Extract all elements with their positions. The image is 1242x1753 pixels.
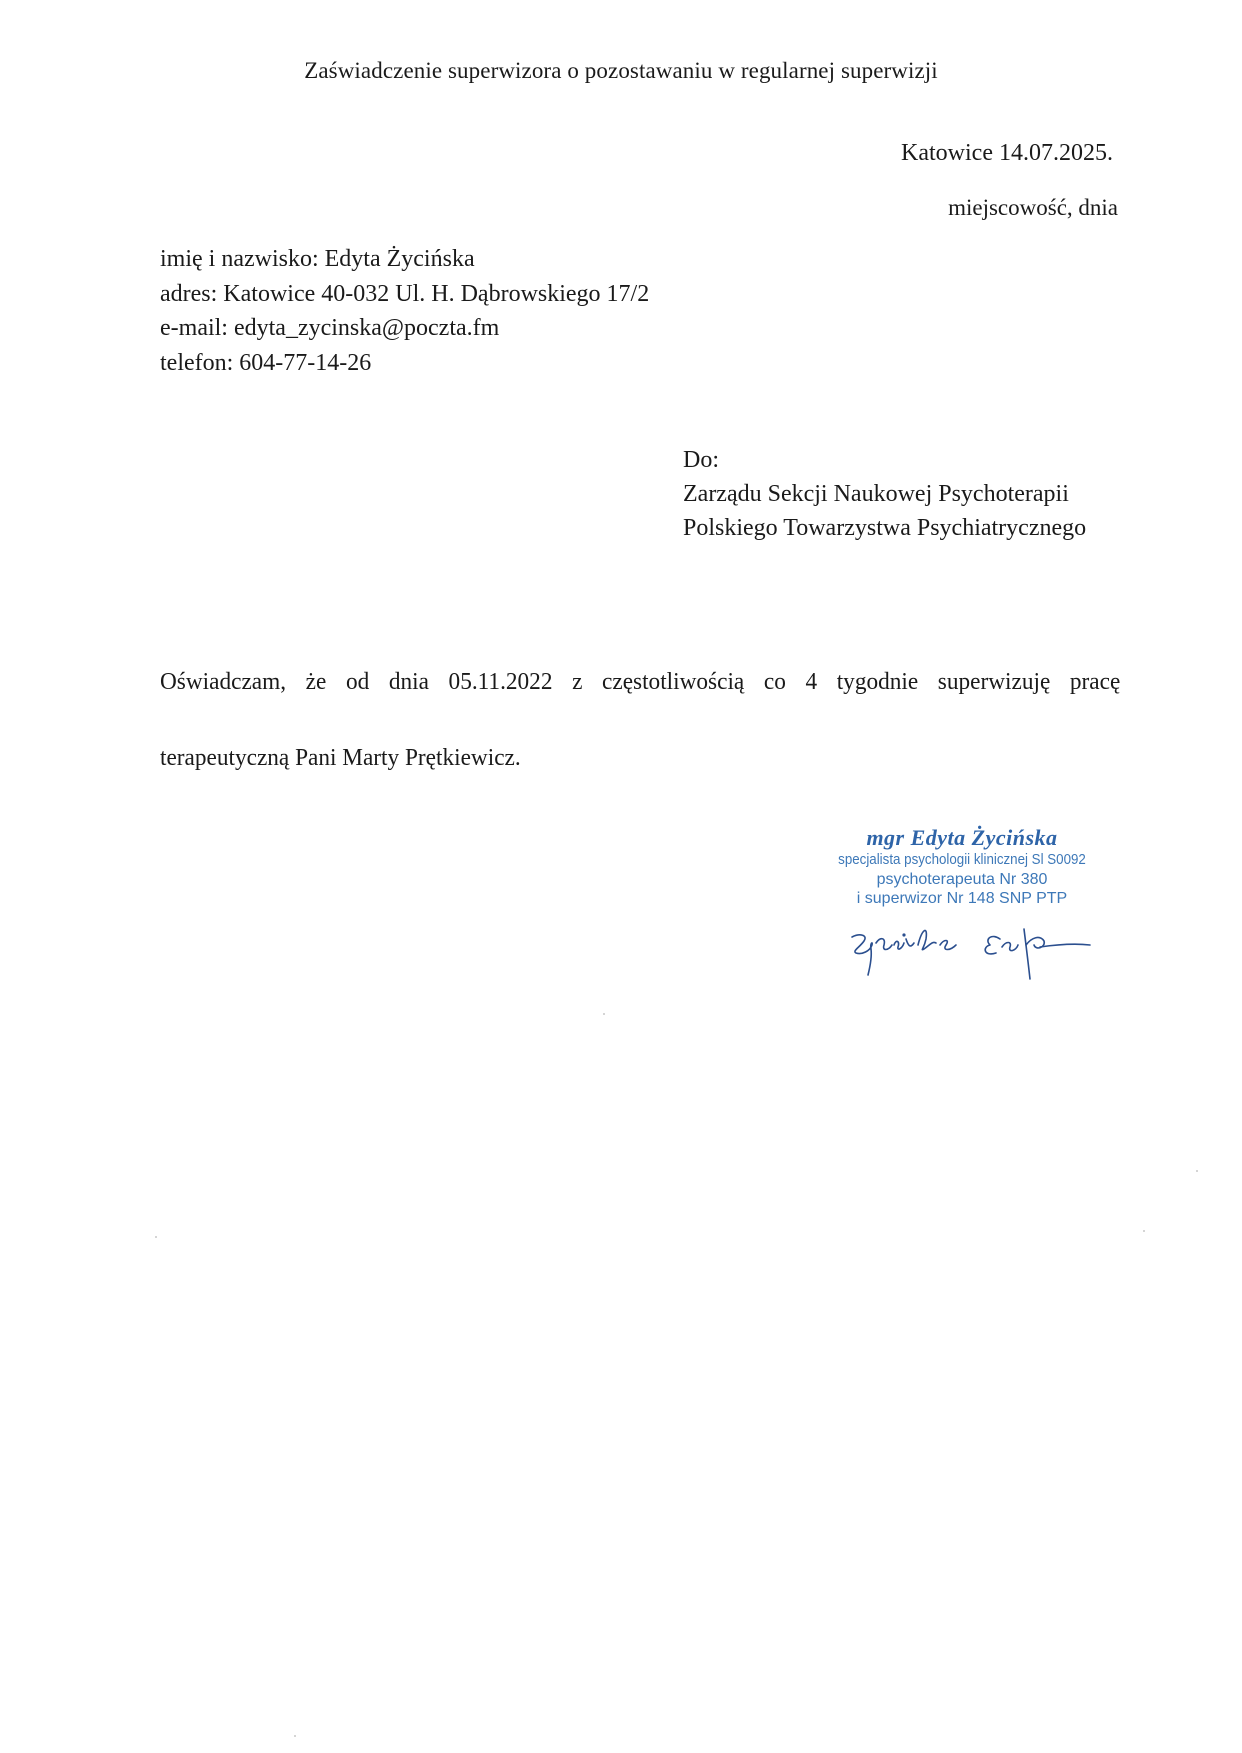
scan-speck — [294, 1735, 296, 1737]
stamp-line-2: psychoterapeuta Nr 380 — [812, 870, 1112, 889]
sender-name: imię i nazwisko: Edyta Życińska — [160, 242, 649, 277]
handwritten-signature — [840, 915, 1100, 985]
statement-paragraph: Oświadczam, że od dnia 05.11.2022 z częs… — [160, 644, 1092, 796]
stamp-line-1: specjalista psychologii klinicznej Sl S0… — [824, 851, 1100, 870]
recipient-line-2: Polskiego Towarzystwa Psychiatrycznego — [683, 511, 1086, 545]
stamp-line-3: i superwizor Nr 148 SNP PTP — [812, 889, 1112, 908]
recipient-line-1: Zarządu Sekcji Naukowej Psychoterapii — [683, 477, 1086, 511]
sender-email: e-mail: edyta_zycinska@poczta.fm — [160, 311, 649, 346]
recipient-label: Do: — [683, 443, 1086, 477]
document-page: Zaświadczenie superwizora o pozostawaniu… — [0, 0, 1242, 1753]
sender-phone: telefon: 604-77-14-26 — [160, 346, 649, 381]
scan-speck — [1196, 1170, 1198, 1172]
statement-line-2: terapeutyczną Pani Marty Prętkiewicz. — [160, 745, 521, 771]
scan-speck — [1143, 1230, 1145, 1232]
scan-speck — [155, 1236, 157, 1238]
statement-line-1: Oświadczam, że od dnia 05.11.2022 z częs… — [160, 644, 1120, 720]
supervisor-stamp: mgr Edyta Życińska specjalista psycholog… — [812, 825, 1112, 908]
stamp-name: mgr Edyta Życińska — [812, 825, 1112, 851]
document-title: Zaświadczenie superwizora o pozostawaniu… — [0, 58, 1242, 84]
place-and-date-label: miejscowość, dnia — [948, 195, 1118, 221]
scan-speck — [603, 1013, 605, 1015]
place-and-date: Katowice 14.07.2025. — [901, 140, 1113, 167]
sender-block: imię i nazwisko: Edyta Życińska adres: K… — [160, 242, 649, 380]
sender-address: adres: Katowice 40-032 Ul. H. Dąbrowskie… — [160, 277, 649, 312]
recipient-block: Do: Zarządu Sekcji Naukowej Psychoterapi… — [683, 443, 1086, 545]
